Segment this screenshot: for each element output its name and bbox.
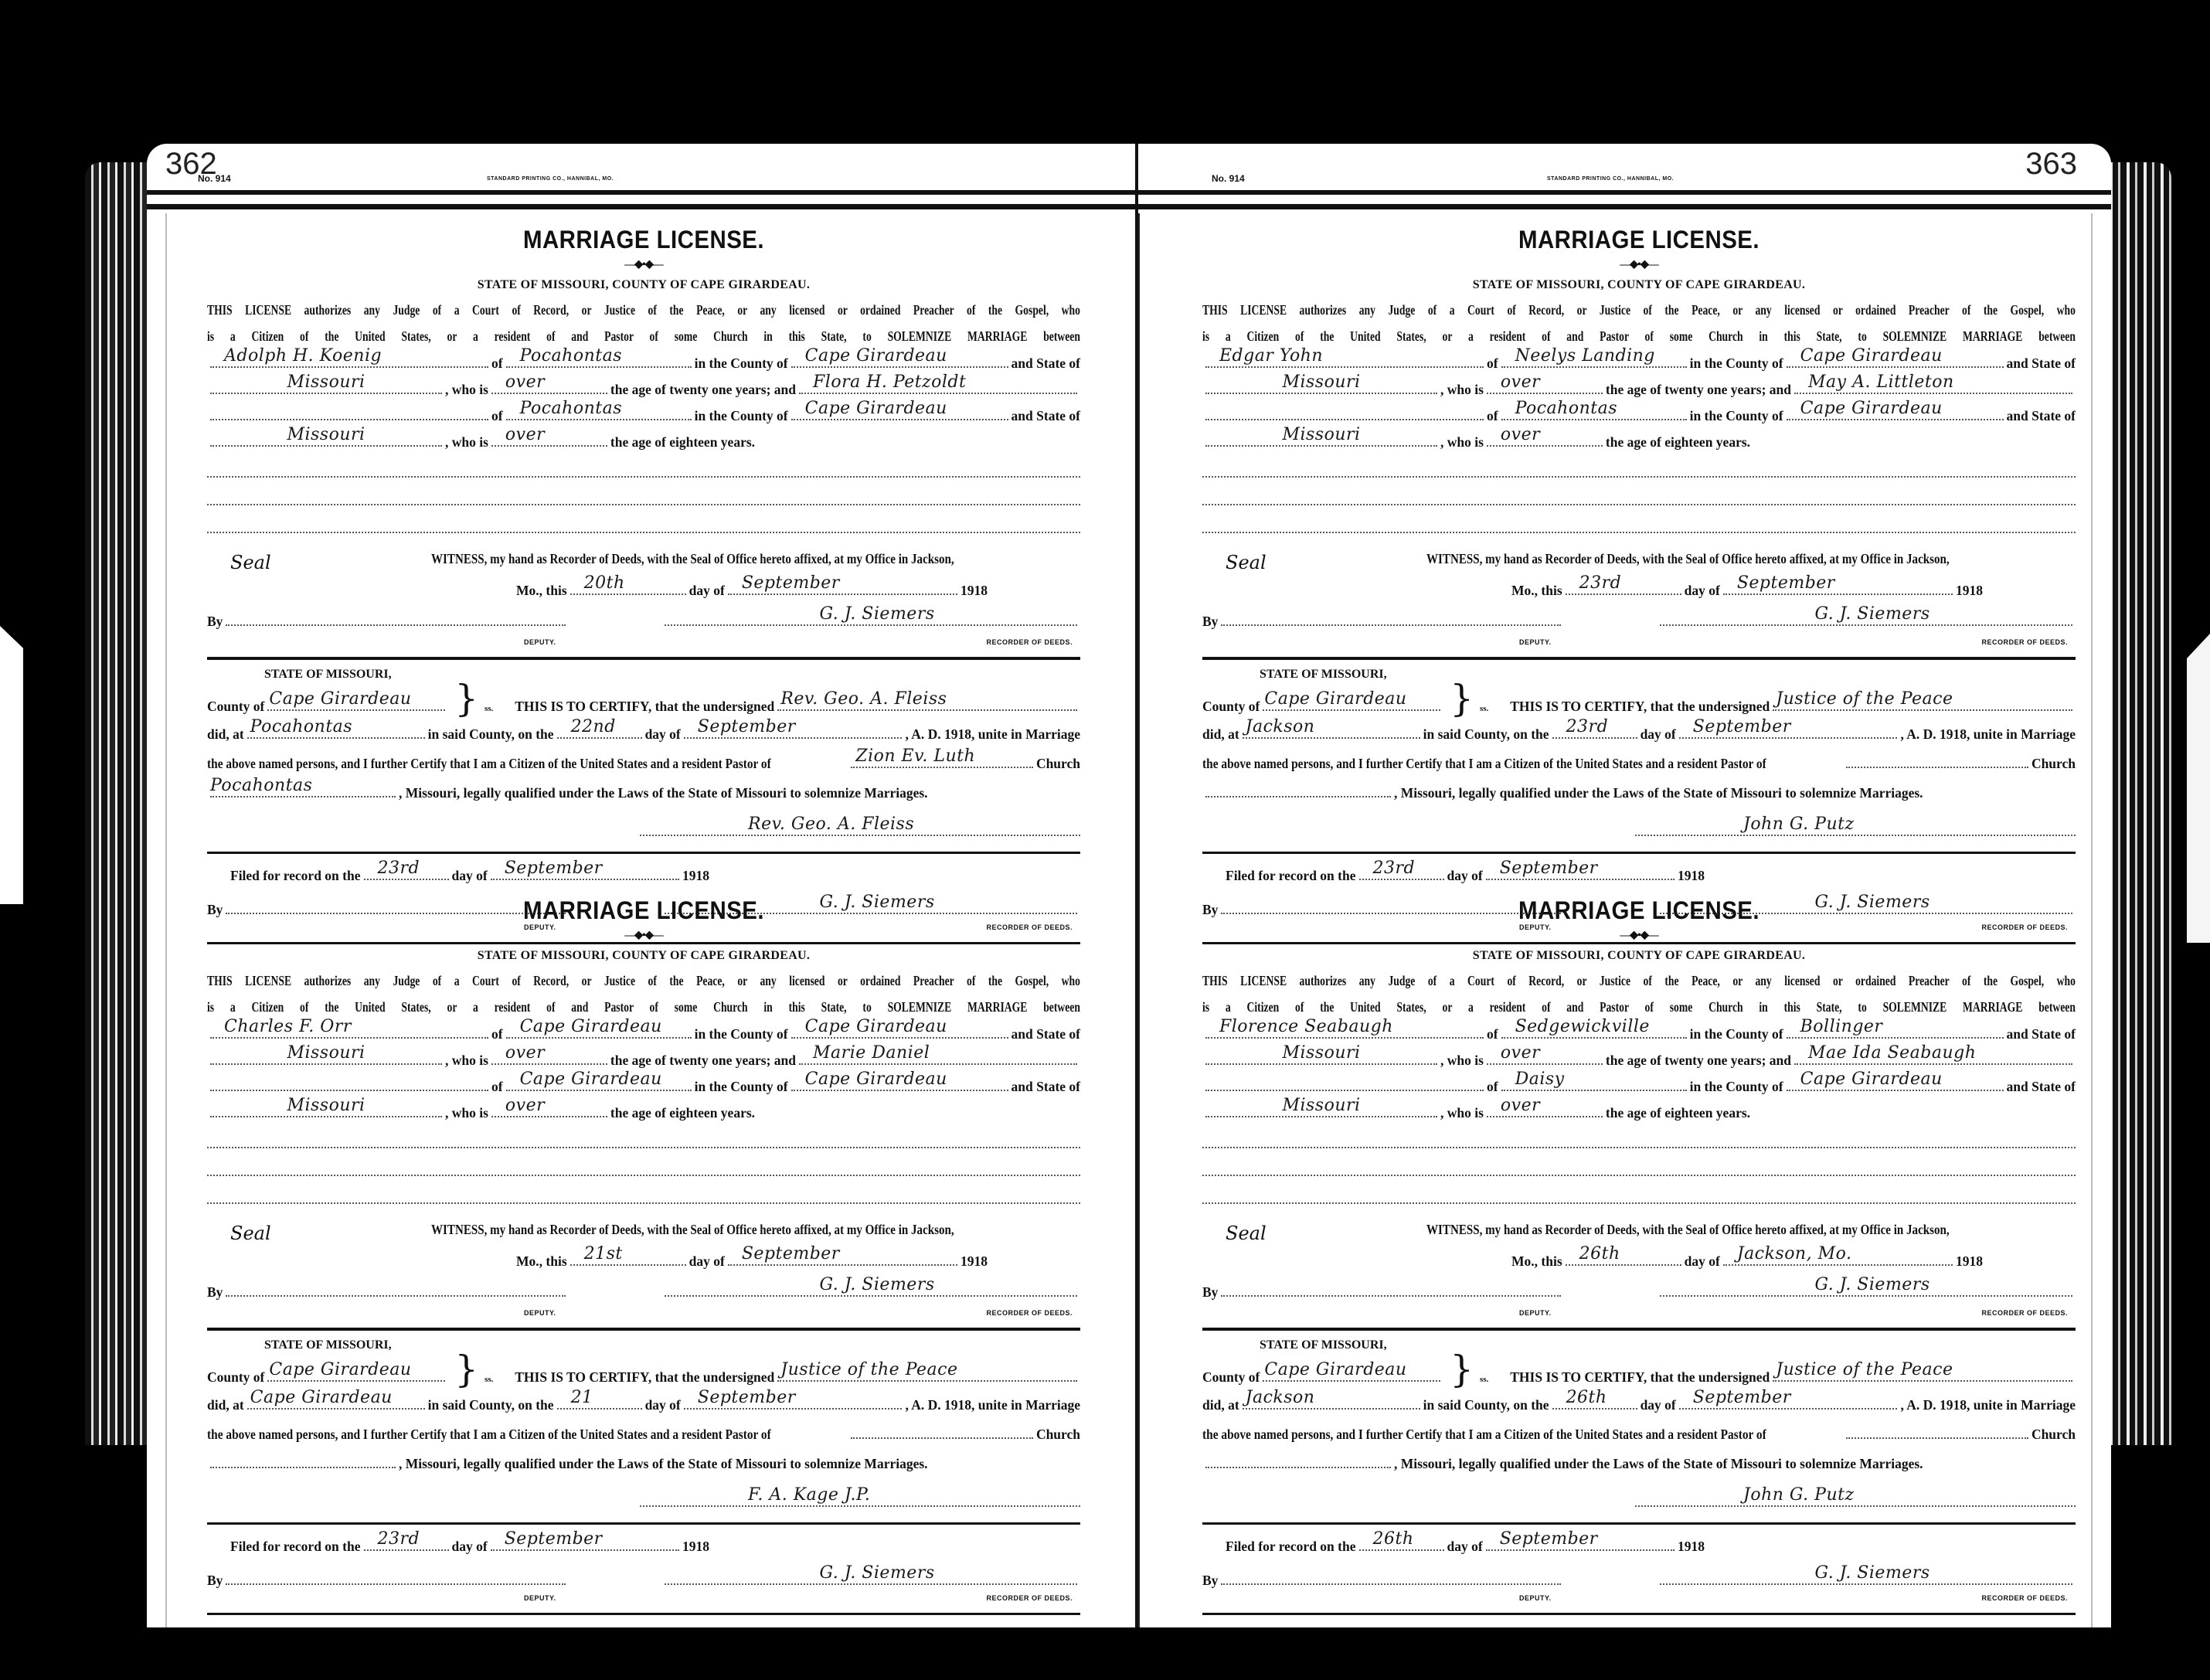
license-title: MARRIAGE LICENSE. <box>242 896 1045 927</box>
groom-county: Cape Girardeau <box>1800 346 1943 366</box>
recorder-signature-row: By G. J. Siemers <box>1202 607 2076 631</box>
witness-date: Mo., this 20th day of September 1918 <box>516 576 988 600</box>
page-tab-right <box>2187 634 2210 943</box>
witness-day: 23rd <box>1579 573 1622 593</box>
groom-state-row: Missouri , who is over the age of twenty… <box>207 1046 1080 1073</box>
bride-age: over <box>505 1096 545 1116</box>
witness-day: 21st <box>584 1244 623 1264</box>
filed-for-record: Filed for record on the 23rd day of Sept… <box>207 1532 1080 1597</box>
page-right: 363 No. 914 STANDARD PRINTING CO., HANNI… <box>1137 144 2111 1627</box>
cert-county: Cape Girardeau <box>269 1360 411 1380</box>
groom-name: Charles F. Orr <box>224 1017 352 1037</box>
witness-date: Mo., this 26th day of Jackson, Mo. 1918 <box>1511 1247 1983 1270</box>
deputy-label: DEPUTY. <box>524 1594 556 1602</box>
recorder-signature-row: By G. J. Siemers <box>207 1278 1080 1301</box>
filed-year: 1918 <box>1678 1539 1705 1555</box>
page-header <box>1137 144 2111 195</box>
cert-state: STATE OF MISSOURI, <box>1260 1338 1387 1352</box>
recorder-label: RECORDER OF DEEDS. <box>986 1594 1073 1602</box>
cert-state: STATE OF MISSOURI, <box>264 668 392 682</box>
seal-mark: Seal <box>230 1223 271 1244</box>
recorder-label: RECORDER OF DEEDS. <box>1981 1594 2068 1602</box>
bride-residence: Cape Girardeau <box>520 1070 662 1090</box>
license-title: MARRIAGE LICENSE. <box>242 226 1045 257</box>
groom-state-row: Missouri , who is over the age of twenty… <box>1202 376 2076 402</box>
seal-mark: Seal <box>1226 552 1266 573</box>
groom-name: Edgar Yohn <box>1219 346 1323 366</box>
margin-rule <box>2091 213 2093 1627</box>
recorder-signature: G. J. Siemers <box>819 604 934 624</box>
witness-date: Mo., this 23rd day of September 1918 <box>1511 576 1983 600</box>
marriage-license-top: MARRIAGE LICENSE. —◆•◆— STATE OF MISSOUR… <box>207 226 1080 952</box>
deputy-label: DEPUTY. <box>524 1309 556 1317</box>
groom-state: Missouri <box>287 372 365 393</box>
deputy-label: DEPUTY. <box>1519 1309 1552 1317</box>
bride-county: Cape Girardeau <box>1800 1070 1943 1090</box>
page-stack-right <box>2110 162 2171 1445</box>
filed-day: 23rd <box>378 1529 420 1549</box>
marriage-license-bottom: MARRIAGE LICENSE. —◆•◆— STATE OF MISSOUR… <box>207 896 1080 1623</box>
filed-month: September <box>1500 859 1598 879</box>
filed-year: 1918 <box>1678 868 1705 884</box>
deputy-label: DEPUTY. <box>1519 1594 1552 1602</box>
groom-state: Missouri <box>1282 372 1360 393</box>
groom-row: Florence Seabaugh of Sedgewickville in t… <box>1202 1020 2076 1046</box>
witness-text: WITNESS, my hand as Recorder of Deeds, w… <box>431 1218 1080 1241</box>
background-top <box>0 0 2210 144</box>
recorder-label: RECORDER OF DEEDS. <box>1981 638 2068 646</box>
cert-county: Cape Girardeau <box>269 689 411 709</box>
state-county-heading: STATE OF MISSOURI, COUNTY OF CAPE GIRARD… <box>207 944 1080 968</box>
recorder-signature: G. J. Siemers <box>1814 604 1929 624</box>
state-county-heading: STATE OF MISSOURI, COUNTY OF CAPE GIRARD… <box>1202 274 2076 297</box>
bride-row: of Daisy in the County of Cape Girardeau… <box>1202 1073 2076 1099</box>
certificate: STATE OF MISSOURI, County of Cape Girard… <box>1202 668 2076 845</box>
officiant-title: Justice of the Peace <box>780 1360 957 1380</box>
deputy-label: DEPUTY. <box>524 638 556 646</box>
preamble-line-1: THIS LICENSE authorizes any Judge of a C… <box>207 968 1080 994</box>
witness-year: 1918 <box>1956 1253 1983 1270</box>
ornament-divider: —◆•◆— <box>207 257 1080 274</box>
officiant-signature: John G. Putz <box>1743 1485 1855 1505</box>
groom-residence: Pocahontas <box>520 346 622 366</box>
certificate: STATE OF MISSOURI, County of Cape Girard… <box>1202 1338 2076 1516</box>
filed-signature: G. J. Siemers <box>819 1563 934 1583</box>
blank-line <box>1202 1181 2076 1204</box>
bride-residence: Pocahontas <box>520 399 622 419</box>
blank-line <box>207 454 1080 478</box>
blank-line <box>1202 482 2076 505</box>
officiant-title: Rev. Geo. A. Fleiss <box>780 689 947 709</box>
divider <box>1202 1328 2076 1331</box>
marriage-month: September <box>698 717 796 737</box>
recorder-label: RECORDER OF DEEDS. <box>1981 1309 2068 1317</box>
printer-imprint: STANDARD PRINTING CO., HANNIBAL, MO. <box>487 176 614 182</box>
bride-state: Missouri <box>287 425 365 445</box>
bride-name: Flora H. Petzoldt <box>813 372 966 393</box>
groom-county: Cape Girardeau <box>805 346 947 366</box>
groom-age: over <box>1501 1043 1540 1063</box>
divider <box>207 1613 1080 1615</box>
recorder-signature: G. J. Siemers <box>819 1275 934 1295</box>
groom-state-row: Missouri , who is over the age of twenty… <box>207 376 1080 402</box>
witness-month: September <box>1737 573 1835 593</box>
divider <box>207 852 1080 854</box>
filed-year: 1918 <box>682 868 709 884</box>
bride-name: Marie Daniel <box>813 1043 930 1063</box>
groom-residence: Neelys Landing <box>1515 346 1655 366</box>
witness-block: Seal WITNESS, my hand as Recorder of Dee… <box>1202 547 2076 638</box>
witness-year: 1918 <box>960 583 988 599</box>
blank-line <box>207 482 1080 505</box>
divider <box>207 657 1080 660</box>
bride-county: Cape Girardeau <box>1800 399 1943 419</box>
groom-row: Charles F. Orr of Cape Girardeau in the … <box>207 1020 1080 1046</box>
officiant-signature: John G. Putz <box>1743 814 1855 835</box>
marriage-month: September <box>1693 1388 1791 1408</box>
page-number: 363 <box>2025 147 2077 182</box>
form-number: No. 914 <box>1212 173 1245 184</box>
recorder-label: RECORDER OF DEEDS. <box>986 638 1073 646</box>
marriage-day: 23rd <box>1566 717 1609 737</box>
divider <box>1202 657 2076 660</box>
preamble-line-2: is a Citizen of the United States, or a … <box>207 323 1080 349</box>
bride-row: of Cape Girardeau in the County of Cape … <box>207 1073 1080 1099</box>
filed-day: 26th <box>1373 1529 1414 1549</box>
blank-line <box>207 510 1080 533</box>
filed-month: September <box>1500 1529 1598 1549</box>
blank-line <box>207 1153 1080 1176</box>
brace-icon: } <box>1450 1362 1474 1377</box>
bride-state-row: Missouri , who is over the age of eighte… <box>207 428 1080 454</box>
witness-block: Seal WITNESS, my hand as Recorder of Dee… <box>1202 1218 2076 1309</box>
blank-line <box>1202 1125 2076 1148</box>
marriage-year: 1918 <box>1940 726 1967 743</box>
state-county-heading: STATE OF MISSOURI, COUNTY OF CAPE GIRARD… <box>1202 944 2076 968</box>
bride-county: Cape Girardeau <box>805 1070 947 1090</box>
witness-block: Seal WITNESS, my hand as Recorder of Dee… <box>207 1218 1080 1309</box>
marriage-place: Cape Girardeau <box>250 1388 393 1408</box>
seal-mark: Seal <box>230 552 271 573</box>
bride-age: over <box>1501 425 1540 445</box>
bride-name: Mae Ida Seabaugh <box>1808 1043 1976 1063</box>
groom-age: over <box>505 1043 545 1063</box>
ornament-divider: —◆•◆— <box>1202 927 2076 944</box>
bride-state: Missouri <box>287 1096 365 1116</box>
license-title: MARRIAGE LICENSE. <box>1237 226 2041 257</box>
ornament-divider: —◆•◆— <box>207 927 1080 944</box>
groom-residence: Sedgewickville <box>1515 1017 1650 1037</box>
printer-imprint: STANDARD PRINTING CO., HANNIBAL, MO. <box>1547 176 1674 182</box>
page-header-rule <box>147 195 1137 209</box>
marriage-place: Jackson <box>1246 1388 1315 1408</box>
groom-state: Missouri <box>287 1043 365 1063</box>
page-left: 362 No. 914 STANDARD PRINTING CO., HANNI… <box>147 144 1137 1627</box>
marriage-license-top: MARRIAGE LICENSE. —◆•◆— STATE OF MISSOUR… <box>1202 226 2076 952</box>
marriage-day: 21 <box>571 1388 593 1408</box>
page-stack-left <box>85 162 155 1445</box>
brace-icon: } <box>454 691 478 706</box>
cert-county: Cape Girardeau <box>1264 1360 1406 1380</box>
groom-name: Adolph H. Koenig <box>224 346 382 366</box>
marriage-year: 1918 <box>944 726 971 743</box>
filed-month: September <box>505 859 603 879</box>
preamble-line-2: is a Citizen of the United States, or a … <box>207 994 1080 1020</box>
filed-signature-row: By G. J. Siemers <box>1202 1566 2076 1590</box>
witness-year: 1918 <box>960 1253 988 1270</box>
divider <box>1202 1613 2076 1615</box>
cert-state: STATE OF MISSOURI, <box>1260 668 1387 682</box>
blank-line <box>207 1125 1080 1148</box>
bride-state-row: Missouri , who is over the age of eighte… <box>1202 1099 2076 1125</box>
church-name: Zion Ev. Luth <box>855 746 975 767</box>
marriage-day: 22nd <box>571 717 616 737</box>
divider <box>207 1328 1080 1331</box>
witness-block: Seal WITNESS, my hand as Recorder of Dee… <box>207 547 1080 638</box>
preamble-line-2: is a Citizen of the United States, or a … <box>1202 994 2076 1020</box>
marriage-month: September <box>698 1388 796 1408</box>
filed-day: 23rd <box>1373 859 1416 879</box>
bride-county: Cape Girardeau <box>805 399 947 419</box>
groom-name: Florence Seabaugh <box>1219 1017 1393 1037</box>
preamble-line-1: THIS LICENSE authorizes any Judge of a C… <box>1202 968 2076 994</box>
brace-icon: } <box>454 1362 478 1377</box>
bride-name: May A. Littleton <box>1808 372 1954 393</box>
bride-residence: Daisy <box>1515 1070 1565 1090</box>
state-county-heading: STATE OF MISSOURI, COUNTY OF CAPE GIRARD… <box>207 274 1080 297</box>
groom-row: Edgar Yohn of Neelys Landing in the Coun… <box>1202 349 2076 376</box>
witness-day: 20th <box>584 573 625 593</box>
groom-row: Adolph H. Koenig of Pocahontas in the Co… <box>207 349 1080 376</box>
filed-for-record: Filed for record on the 26th day of Sept… <box>1202 1532 2076 1597</box>
witness-text: WITNESS, my hand as Recorder of Deeds, w… <box>431 547 1080 570</box>
officiant-title: Justice of the Peace <box>1776 689 1953 709</box>
bride-state: Missouri <box>1282 1096 1360 1116</box>
bride-row: of Pocahontas in the County of Cape Gira… <box>207 402 1080 428</box>
bride-residence: Pocahontas <box>1515 399 1617 419</box>
recorder-label: RECORDER OF DEEDS. <box>986 1309 1073 1317</box>
marriage-license-bottom: MARRIAGE LICENSE. —◆•◆— STATE OF MISSOUR… <box>1202 896 2076 1623</box>
filed-day: 23rd <box>378 859 420 879</box>
certificate: STATE OF MISSOURI, County of Cape Girard… <box>207 1338 1080 1516</box>
page-tab-left <box>0 626 23 904</box>
witness-year: 1918 <box>1956 583 1983 599</box>
recorder-signature-row: By G. J. Siemers <box>207 607 1080 631</box>
witness-month: September <box>742 1244 840 1264</box>
blank-line <box>1202 1153 2076 1176</box>
officiant-title: Justice of the Peace <box>1776 1360 1953 1380</box>
groom-county: Cape Girardeau <box>805 1017 947 1037</box>
bride-age: over <box>505 425 545 445</box>
seal-mark: Seal <box>1226 1223 1266 1244</box>
cert-state: STATE OF MISSOURI, <box>264 1338 392 1352</box>
divider <box>1202 1522 2076 1525</box>
groom-age: over <box>505 372 545 393</box>
groom-county: Bollinger <box>1800 1017 1883 1037</box>
margin-rule <box>165 213 167 1627</box>
bride-state-row: Missouri , who is over the age of eighte… <box>1202 428 2076 454</box>
form-number: No. 914 <box>198 173 231 184</box>
marriage-place: Pocahontas <box>250 717 352 737</box>
recorder-signature: G. J. Siemers <box>1814 1275 1929 1295</box>
book-spine <box>1135 144 1138 1627</box>
ornament-divider: —◆•◆— <box>1202 257 2076 274</box>
bride-row: of Pocahontas in the County of Cape Gira… <box>1202 402 2076 428</box>
divider <box>1202 852 2076 854</box>
church-city: Pocahontas <box>210 776 312 796</box>
bride-age: over <box>1501 1096 1540 1116</box>
officiant-signature: F. A. Kage J.P. <box>748 1485 870 1505</box>
preamble-line-1: THIS LICENSE authorizes any Judge of a C… <box>207 297 1080 323</box>
page-header <box>147 144 1137 195</box>
marriage-year: 1918 <box>944 1397 971 1413</box>
preamble-line-2: is a Citizen of the United States, or a … <box>1202 323 2076 349</box>
bride-state-row: Missouri , who is over the age of eighte… <box>207 1099 1080 1125</box>
groom-state: Missouri <box>1282 1043 1360 1063</box>
filed-signature: G. J. Siemers <box>1814 1563 1929 1583</box>
witness-month: Jackson, Mo. <box>1737 1244 1852 1264</box>
filed-signature-row: By G. J. Siemers <box>207 1566 1080 1590</box>
brace-icon: } <box>1450 691 1474 706</box>
marriage-month: September <box>1693 717 1791 737</box>
marriage-year: 1918 <box>1940 1397 1967 1413</box>
bride-state: Missouri <box>1282 425 1360 445</box>
witness-day: 26th <box>1579 1244 1620 1264</box>
groom-residence: Cape Girardeau <box>520 1017 662 1037</box>
filed-month: September <box>505 1529 603 1549</box>
recorder-signature-row: By G. J. Siemers <box>1202 1278 2076 1301</box>
witness-month: September <box>742 573 840 593</box>
groom-age: over <box>1501 372 1540 393</box>
divider <box>207 1522 1080 1525</box>
blank-line <box>1202 510 2076 533</box>
blank-line <box>207 1181 1080 1204</box>
deputy-label: DEPUTY. <box>1519 638 1552 646</box>
preamble-line-1: THIS LICENSE authorizes any Judge of a C… <box>1202 297 2076 323</box>
officiant-signature: Rev. Geo. A. Fleiss <box>748 814 914 835</box>
license-title: MARRIAGE LICENSE. <box>1237 896 2041 927</box>
certificate: STATE OF MISSOURI, County of Cape Girard… <box>207 668 1080 845</box>
witness-text: WITNESS, my hand as Recorder of Deeds, w… <box>1426 547 2076 570</box>
witness-text: WITNESS, my hand as Recorder of Deeds, w… <box>1426 1218 2076 1241</box>
marriage-place: Jackson <box>1246 717 1315 737</box>
page-header-rule <box>1137 195 2111 209</box>
blank-line <box>1202 454 2076 478</box>
marriage-day: 26th <box>1566 1388 1607 1408</box>
witness-date: Mo., this 21st day of September 1918 <box>516 1247 988 1270</box>
cert-county: Cape Girardeau <box>1264 689 1406 709</box>
groom-state-row: Missouri , who is over the age of twenty… <box>1202 1046 2076 1073</box>
filed-year: 1918 <box>682 1539 709 1555</box>
